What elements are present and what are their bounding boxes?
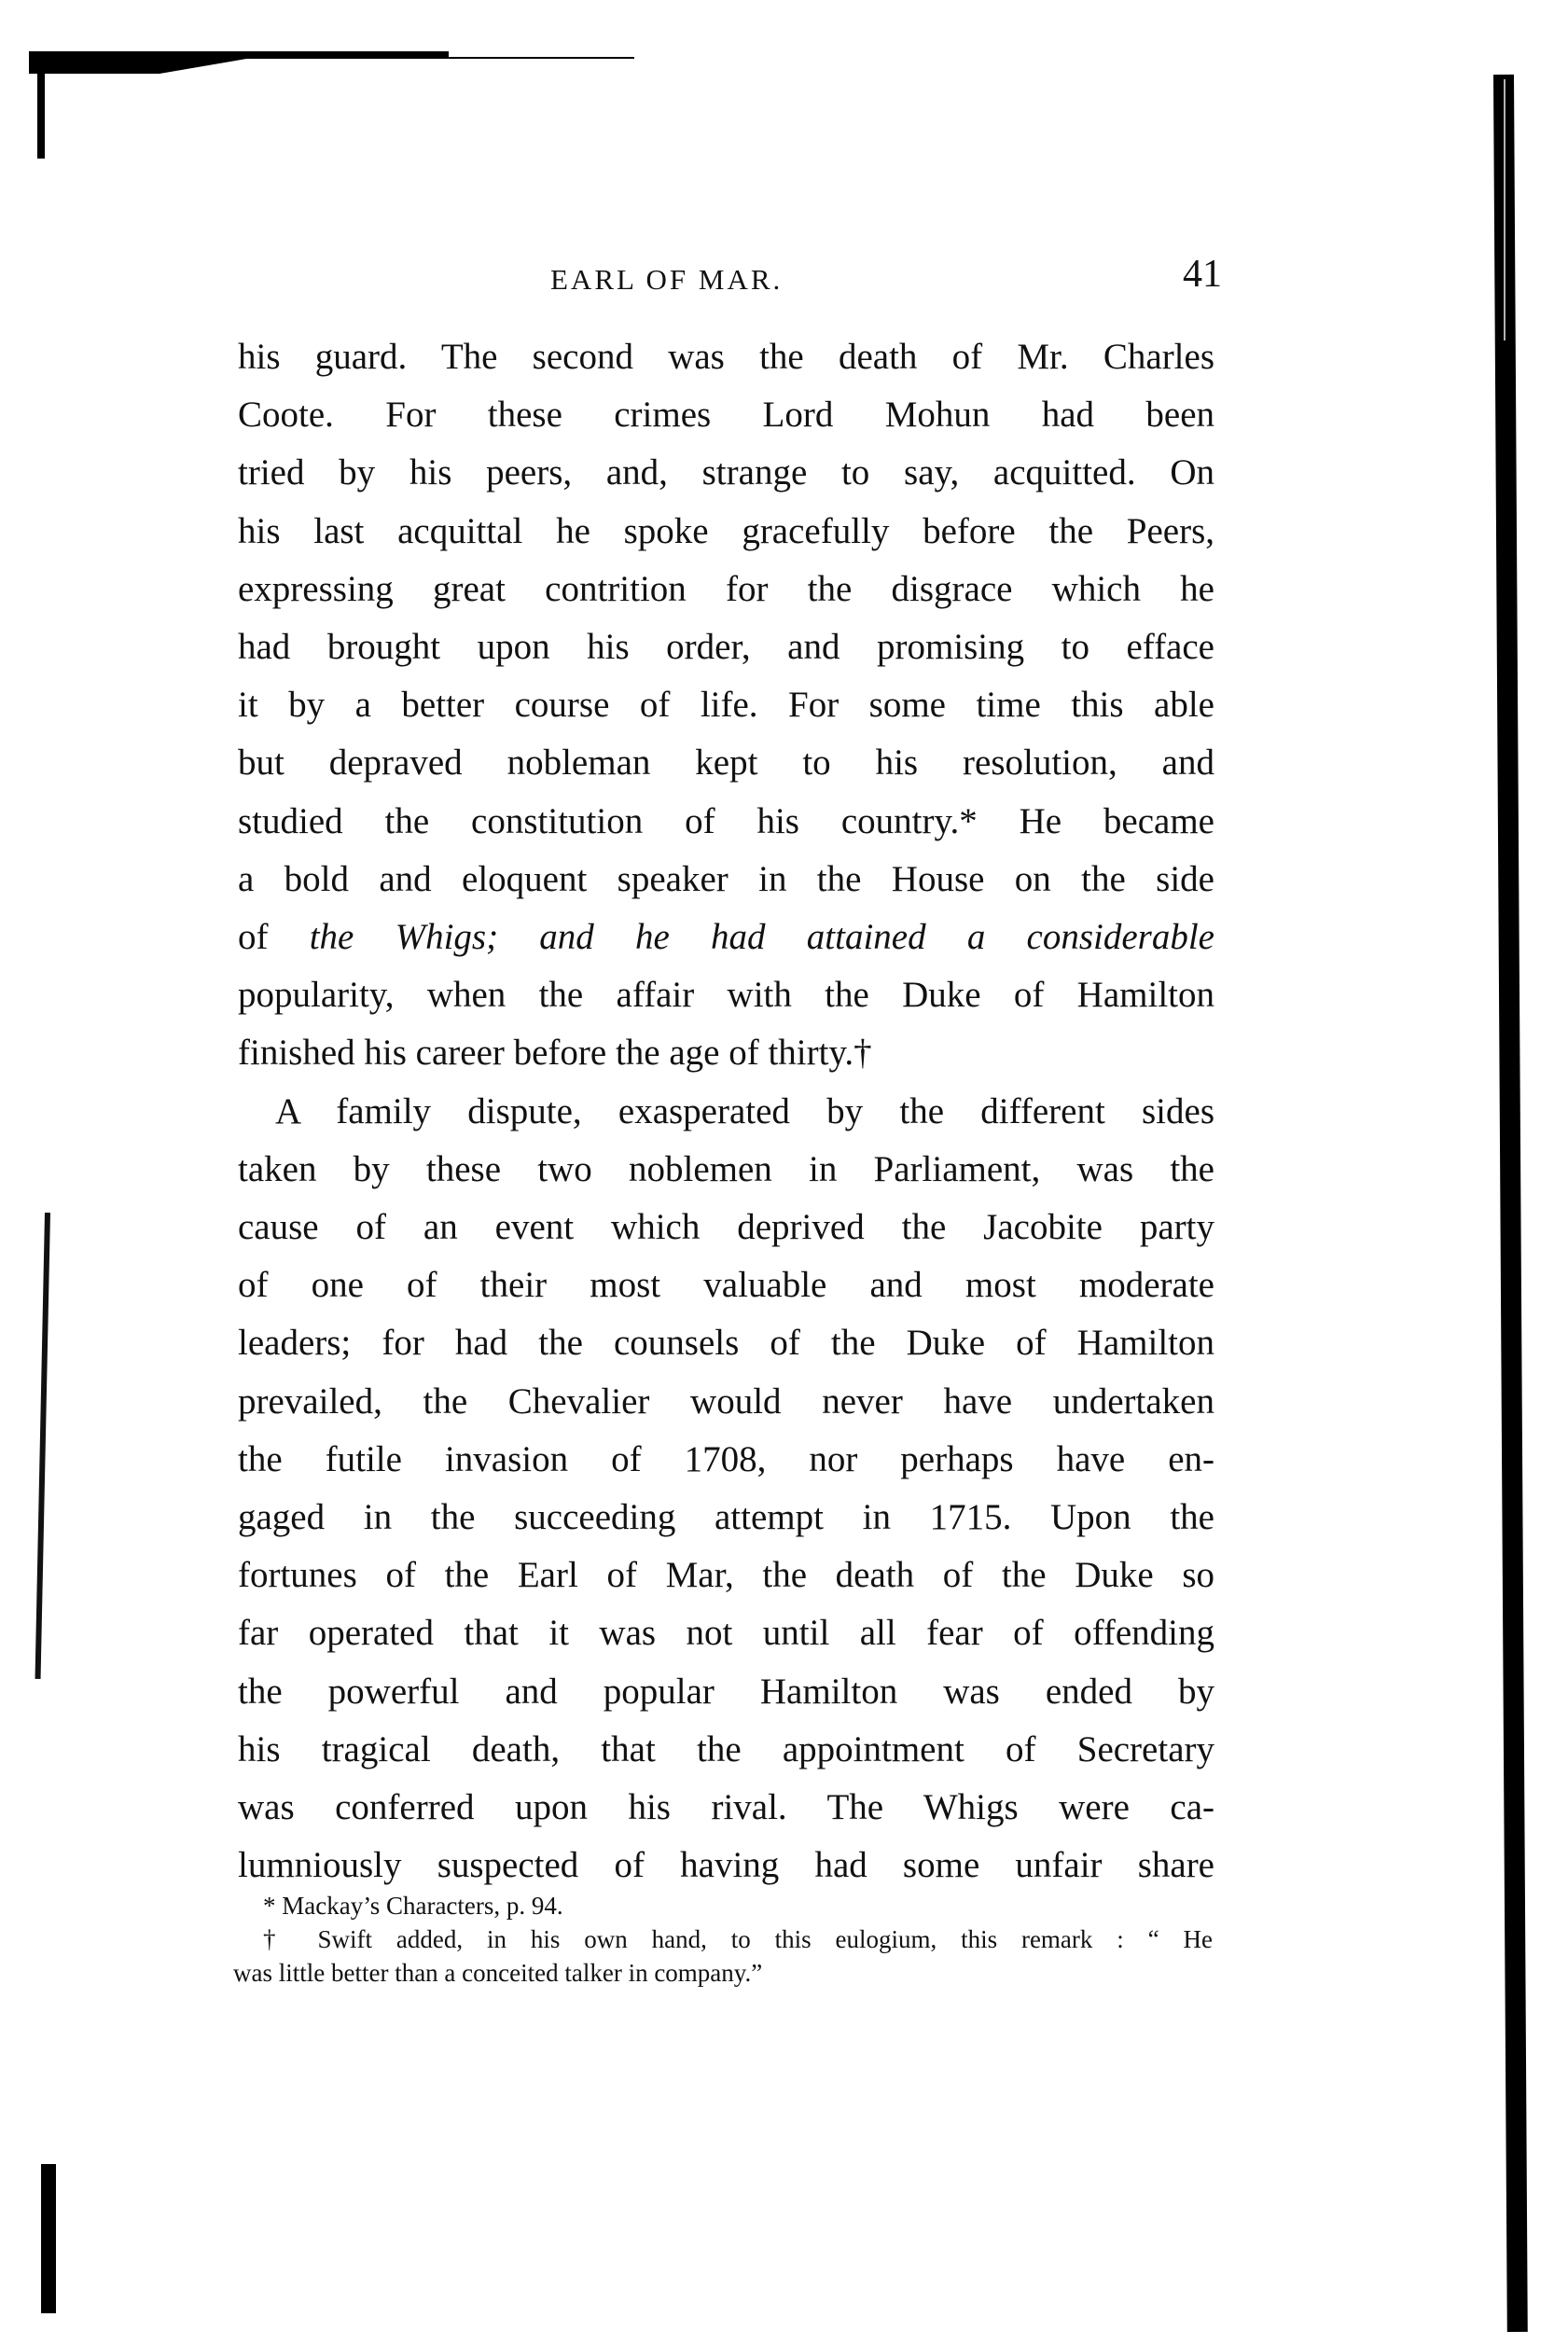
scan-edge-left-bottom xyxy=(41,2164,56,2313)
text-line: a bold and eloquent speaker in the House… xyxy=(238,851,1214,909)
scan-edge-right-stripe xyxy=(1504,79,1506,340)
text-line: far operated that it was not until all f… xyxy=(238,1604,1214,1662)
text-line: finished his career before the age of th… xyxy=(238,1024,1214,1082)
scan-edge-top-fade xyxy=(420,57,634,59)
text-line: popularity, when the affair with the Duk… xyxy=(238,966,1214,1024)
footnote-1: * Mackay’s Characters, p. 94. xyxy=(233,1889,1213,1922)
text-line: gaged in the succeeding attempt in 1715.… xyxy=(238,1489,1214,1547)
text-line: of one of their most valuable and most m… xyxy=(238,1256,1214,1314)
scan-edge-left-top xyxy=(37,56,45,159)
text-line: studied the constitution of his country.… xyxy=(238,793,1214,851)
text-line: it by a better course of life. For some … xyxy=(238,676,1214,734)
paragraph-2: A family dispute, exasperated by the dif… xyxy=(238,1083,1214,1895)
text-line: had brought upon his order, and promisin… xyxy=(238,618,1214,676)
footnote-marker: * xyxy=(263,1892,276,1920)
italic-phrase: the Whigs; and he had attained a conside… xyxy=(310,917,1214,957)
text-line: cause of an event which deprived the Jac… xyxy=(238,1199,1214,1256)
scan-edge-top xyxy=(29,51,449,59)
text-line: but depraved nobleman kept to his resolu… xyxy=(238,734,1214,792)
footnote-text: Mackay’s Characters, p. 94. xyxy=(282,1892,562,1920)
running-head: EARL OF MAR. 41 xyxy=(233,252,1222,308)
text-line: the powerful and popular Hamilton was en… xyxy=(238,1663,1214,1721)
text-line: fortunes of the Earl of Mar, the death o… xyxy=(238,1547,1214,1604)
text-line: leaders; for had the counsels of the Duk… xyxy=(238,1314,1214,1372)
text-line: A family dispute, exasperated by the dif… xyxy=(238,1083,1214,1141)
text-line: prevailed, the Chevalier would never hav… xyxy=(238,1373,1214,1431)
text-line: lumniously suspected of having had some … xyxy=(238,1837,1214,1894)
scan-edge-left-mid xyxy=(35,1213,50,1679)
page-number: 41 xyxy=(1183,252,1222,297)
text-line-italic: of the Whigs; and he had attained a cons… xyxy=(238,909,1214,966)
text-line: his guard. The second was the death of M… xyxy=(238,328,1214,386)
text-line: Coote. For these crimes Lord Mohun had b… xyxy=(238,386,1214,444)
footnote-marker: † xyxy=(263,1925,294,1953)
text-line: was conferred upon his rival. The Whigs … xyxy=(238,1779,1214,1837)
text-line: taken by these two noblemen in Parliamen… xyxy=(238,1141,1214,1199)
text-line: his last acquittal he spoke gracefully b… xyxy=(238,503,1214,561)
text-line: tried by his peers, and, strange to say,… xyxy=(238,444,1214,502)
text-line: his tragical death, that the appointment… xyxy=(238,1721,1214,1779)
scan-edge-right xyxy=(1493,75,1528,2332)
running-head-title: EARL OF MAR. xyxy=(550,263,783,297)
text-line: expressing great contrition for the disg… xyxy=(238,561,1214,618)
paragraph-1: his guard. The second was the death of M… xyxy=(238,328,1214,1083)
footnote-2: † Swift added, in his own hand, to this … xyxy=(233,1922,1213,1956)
text-line-prefix: of xyxy=(238,917,310,957)
body-text: his guard. The second was the death of M… xyxy=(238,328,1214,1894)
footnote-text: Swift added, in his own hand, to this eu… xyxy=(318,1925,1214,1953)
footnotes: * Mackay’s Characters, p. 94. † Swift ad… xyxy=(233,1889,1213,1990)
footnote-2-continuation: was little better than a conceited talke… xyxy=(233,1956,1213,1990)
text-line: the futile invasion of 1708, nor perhaps… xyxy=(238,1431,1214,1489)
